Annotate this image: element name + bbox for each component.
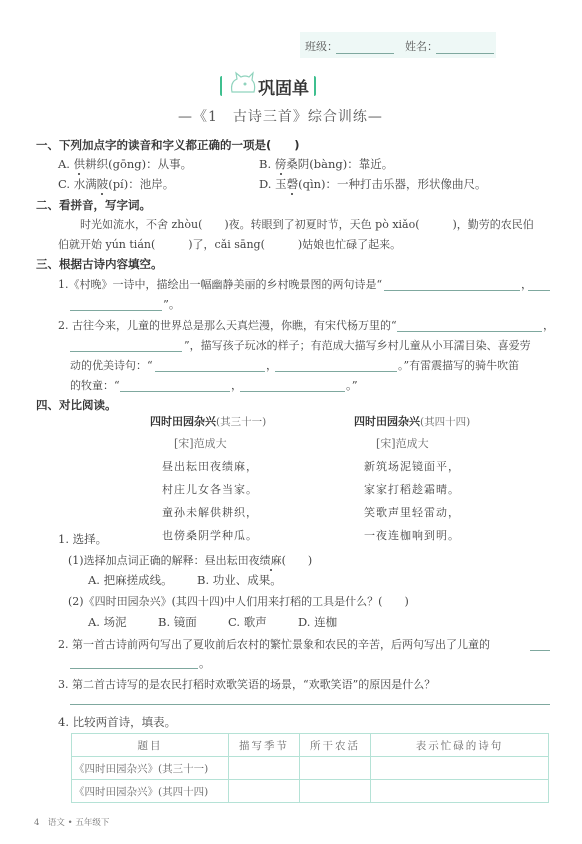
q3-2-blank-6[interactable] <box>240 391 345 392</box>
q4-2-end: 。 <box>199 655 211 671</box>
poem-1-line: 村庄儿女各当家。 <box>162 481 266 497</box>
table-cell-input[interactable] <box>300 757 371 780</box>
q4-1-2-option-d[interactable]: D. 连枷 <box>298 614 337 630</box>
option-b-text: 桑阴(bàng)：靠近。 <box>286 157 393 171</box>
poem-2: 四时田园杂兴(其四十四) [宋]范成大 新筑场泥镜面平， 家家打稻趁霜晴。 笑歌… <box>354 413 470 543</box>
q3-2-blank-2[interactable] <box>70 351 182 352</box>
table-row: 《四时田园杂兴》(其四十四) <box>72 780 549 803</box>
option-c-text: (pí)：池岸。 <box>108 177 174 191</box>
option-a-dotted-char: 供 <box>74 157 86 171</box>
option-a-text: 耕织(gōng)：从事。 <box>85 157 192 171</box>
option-d[interactable]: D. 玉磬(qìn)：一种打击乐器，形状像曲尺。 <box>259 176 487 192</box>
table-cell-input[interactable] <box>371 757 549 780</box>
option-c-dotted-char: 陂 <box>97 177 109 191</box>
q4-1-1-answer-paren[interactable]: ( ) <box>282 554 313 567</box>
poem-1: 四时田园杂兴(其三十一) [宋]范成大 昼出耘田夜绩麻， 村庄儿女各当家。 童孙… <box>150 413 266 543</box>
q3-2-blank-3[interactable] <box>155 371 265 372</box>
table-cell-title: 《四时田园杂兴》(其四十四) <box>72 780 229 803</box>
option-b-label: B. <box>259 157 275 171</box>
section2-title: 二、看拼音，写字词。 <box>36 197 151 213</box>
q3-1-blank-1[interactable] <box>384 290 520 291</box>
poem-2-title: 四时田园杂兴(其四十四) <box>354 413 470 429</box>
table-cell-input[interactable] <box>371 780 549 803</box>
poem-1-line: 也傍桑阴学种瓜。 <box>162 527 266 543</box>
q3-2-line4-start: 的牧童：“ <box>70 377 120 393</box>
q3-2-blank-5[interactable] <box>120 391 230 392</box>
q3-1-end: ”。 <box>163 296 180 312</box>
q3-2-blank-1[interactable] <box>397 331 542 332</box>
pinyin-paragraph-line2: 伯就开始 yún tián( )了，cǎi sāng( )姑娘也忙碌了起来。 <box>58 236 401 252</box>
q4-3-answer-line[interactable] <box>70 704 550 705</box>
poem-2-author: [宋]范成大 <box>376 435 470 451</box>
q4-1-2-question: (2)《四时田园杂兴》(其四十四)中人们用来打稻的工具是什么？( ) <box>68 593 409 609</box>
table-header: 描写季节 <box>229 734 300 757</box>
mascot-icon <box>228 70 258 96</box>
poem-2-line: 笑歌声里轻雷动， <box>364 504 470 520</box>
poem-1-line: 童孙未解供耕织， <box>162 504 266 520</box>
class-input[interactable] <box>336 53 394 54</box>
section3-title: 三、根据古诗内容填空。 <box>36 256 163 272</box>
q4-1-1-text: (1)选择加点词正确的解释：昼出耘田夜 <box>68 554 260 567</box>
option-d-label: D. 玉 <box>259 177 287 191</box>
poem-1-line: 昼出耘田夜绩麻， <box>162 458 266 474</box>
option-a-label: A. <box>58 157 74 171</box>
poem-2-title-text: 四时田园杂兴 <box>354 415 420 428</box>
q4-1-2-option-c[interactable]: C. 歌声 <box>228 614 267 630</box>
option-d-text: (qìn)：一种打击乐器，形状像曲尺。 <box>298 177 486 191</box>
logo: 巩固单 <box>220 72 312 98</box>
q4-1-1-option-b[interactable]: B. 功业、成果。 <box>197 572 282 588</box>
section4-title: 四、对比阅读。 <box>36 397 117 413</box>
q4-2-text: 2. 第一首古诗前两句写出了夏收前后农村的繁忙景象和农民的辛苦，后两句写出了儿童… <box>58 636 490 652</box>
pinyin-paragraph-line1: 时光如流水，不舍 zhòu( )夜。转眼到了初夏时节，天色 pò xiǎo( )… <box>80 216 534 232</box>
poem-2-line: 新筑场泥镜面平， <box>364 458 470 474</box>
logo-text: 巩固单 <box>258 74 309 99</box>
q3-1-blank-2a[interactable] <box>528 290 550 291</box>
q3-2-line3-start: 动的优美诗句：“ <box>70 357 153 373</box>
q3-2-comma: ， <box>543 317 555 333</box>
table-header: 所干农活 <box>300 734 371 757</box>
table-cell-input[interactable] <box>229 757 300 780</box>
q4-1-1-option-a[interactable]: A. 把麻搓成线。 <box>88 572 173 588</box>
table-cell-title: 《四时田园杂兴》(其三十一) <box>72 757 229 780</box>
table-header: 表示忙碌的诗句 <box>371 734 549 757</box>
page-footer: 4 语文 • 五年级下 <box>34 816 109 828</box>
page-subtitle: —《1 古诗三首》综合训练— <box>178 106 383 126</box>
poem-2-line: 家家打稻趁霜晴。 <box>364 481 470 497</box>
poem-1-title: 四时田园杂兴(其三十一) <box>150 413 266 429</box>
name-input[interactable] <box>436 53 494 54</box>
q3-2-line3-end: 。”有雷震描写的骑牛吹笛 <box>398 357 519 373</box>
option-c-label: C. 水满 <box>58 177 97 191</box>
q4-1-2-option-b[interactable]: B. 镜面 <box>158 614 197 630</box>
q3-1-blank-2b[interactable] <box>70 310 162 311</box>
section1-title: 一、下列加点字的读音和字义都正确的一项是( ) <box>36 137 300 153</box>
poem-2-subtitle: (其四十四) <box>420 416 470 428</box>
name-label: 姓名： <box>405 38 438 54</box>
poem-2-line: 一夜连枷响到明。 <box>364 527 470 543</box>
q4-1-2-option-a[interactable]: A. 场泥 <box>88 614 127 630</box>
q4-1-1-dotted-word: 绩麻 <box>260 554 282 567</box>
poem-1-author: [宋]范成大 <box>174 435 266 451</box>
comparison-table: 题目 描写季节 所干农活 表示忙碌的诗句 《四时田园杂兴》(其三十一) 《四时田… <box>71 733 549 803</box>
option-c[interactable]: C. 水满陂(pí)：池岸。 <box>58 176 174 192</box>
q3-2-line4-end: 。” <box>346 377 358 393</box>
poem-1-subtitle: (其三十一) <box>216 416 266 428</box>
table-cell-input[interactable] <box>300 780 371 803</box>
table-row: 《四时田园杂兴》(其三十一) <box>72 757 549 780</box>
q3-2-line2: ”，描写孩子玩冰的样子；有范成大描写乡村儿童从小耳濡目染、喜爱劳 <box>184 337 531 353</box>
option-a[interactable]: A. 供耕织(gōng)：从事。 <box>58 156 192 172</box>
q3-2-line1: 2. 古往今来，儿童的世界总是那么天真烂漫，你瞧，有宋代杨万里的“ <box>58 317 397 333</box>
q4-3-text: 3. 第二首古诗写的是农民打稻时欢歌笑语的场景，“欢歌笑语”的原因是什么？ <box>58 676 435 692</box>
q4-1-title: 1. 选择。 <box>58 531 107 547</box>
class-label: 班级： <box>305 38 338 54</box>
table-header: 题目 <box>72 734 229 757</box>
table-cell-input[interactable] <box>229 780 300 803</box>
option-b[interactable]: B. 傍桑阴(bàng)：靠近。 <box>259 156 393 172</box>
q3-2-blank-4[interactable] <box>275 371 397 372</box>
q4-2-blank-a[interactable] <box>530 650 550 651</box>
q4-1-1-question: (1)选择加点词正确的解释：昼出耘田夜绩麻( ) <box>68 552 312 568</box>
option-b-dotted-char: 傍 <box>275 157 287 171</box>
q3-1-text: 1.《村晚》一诗中，描绘出一幅幽静美丽的乡村晚景图的两句诗是“ <box>58 276 382 292</box>
q4-4-text: 4. 比较两首诗，填表。 <box>58 714 176 730</box>
table-header-row: 题目 描写季节 所干农活 表示忙碌的诗句 <box>72 734 549 757</box>
poem-1-title-text: 四时田园杂兴 <box>150 415 216 428</box>
option-d-dotted-char: 磬 <box>287 177 299 191</box>
q4-2-blank-b[interactable] <box>70 668 198 669</box>
